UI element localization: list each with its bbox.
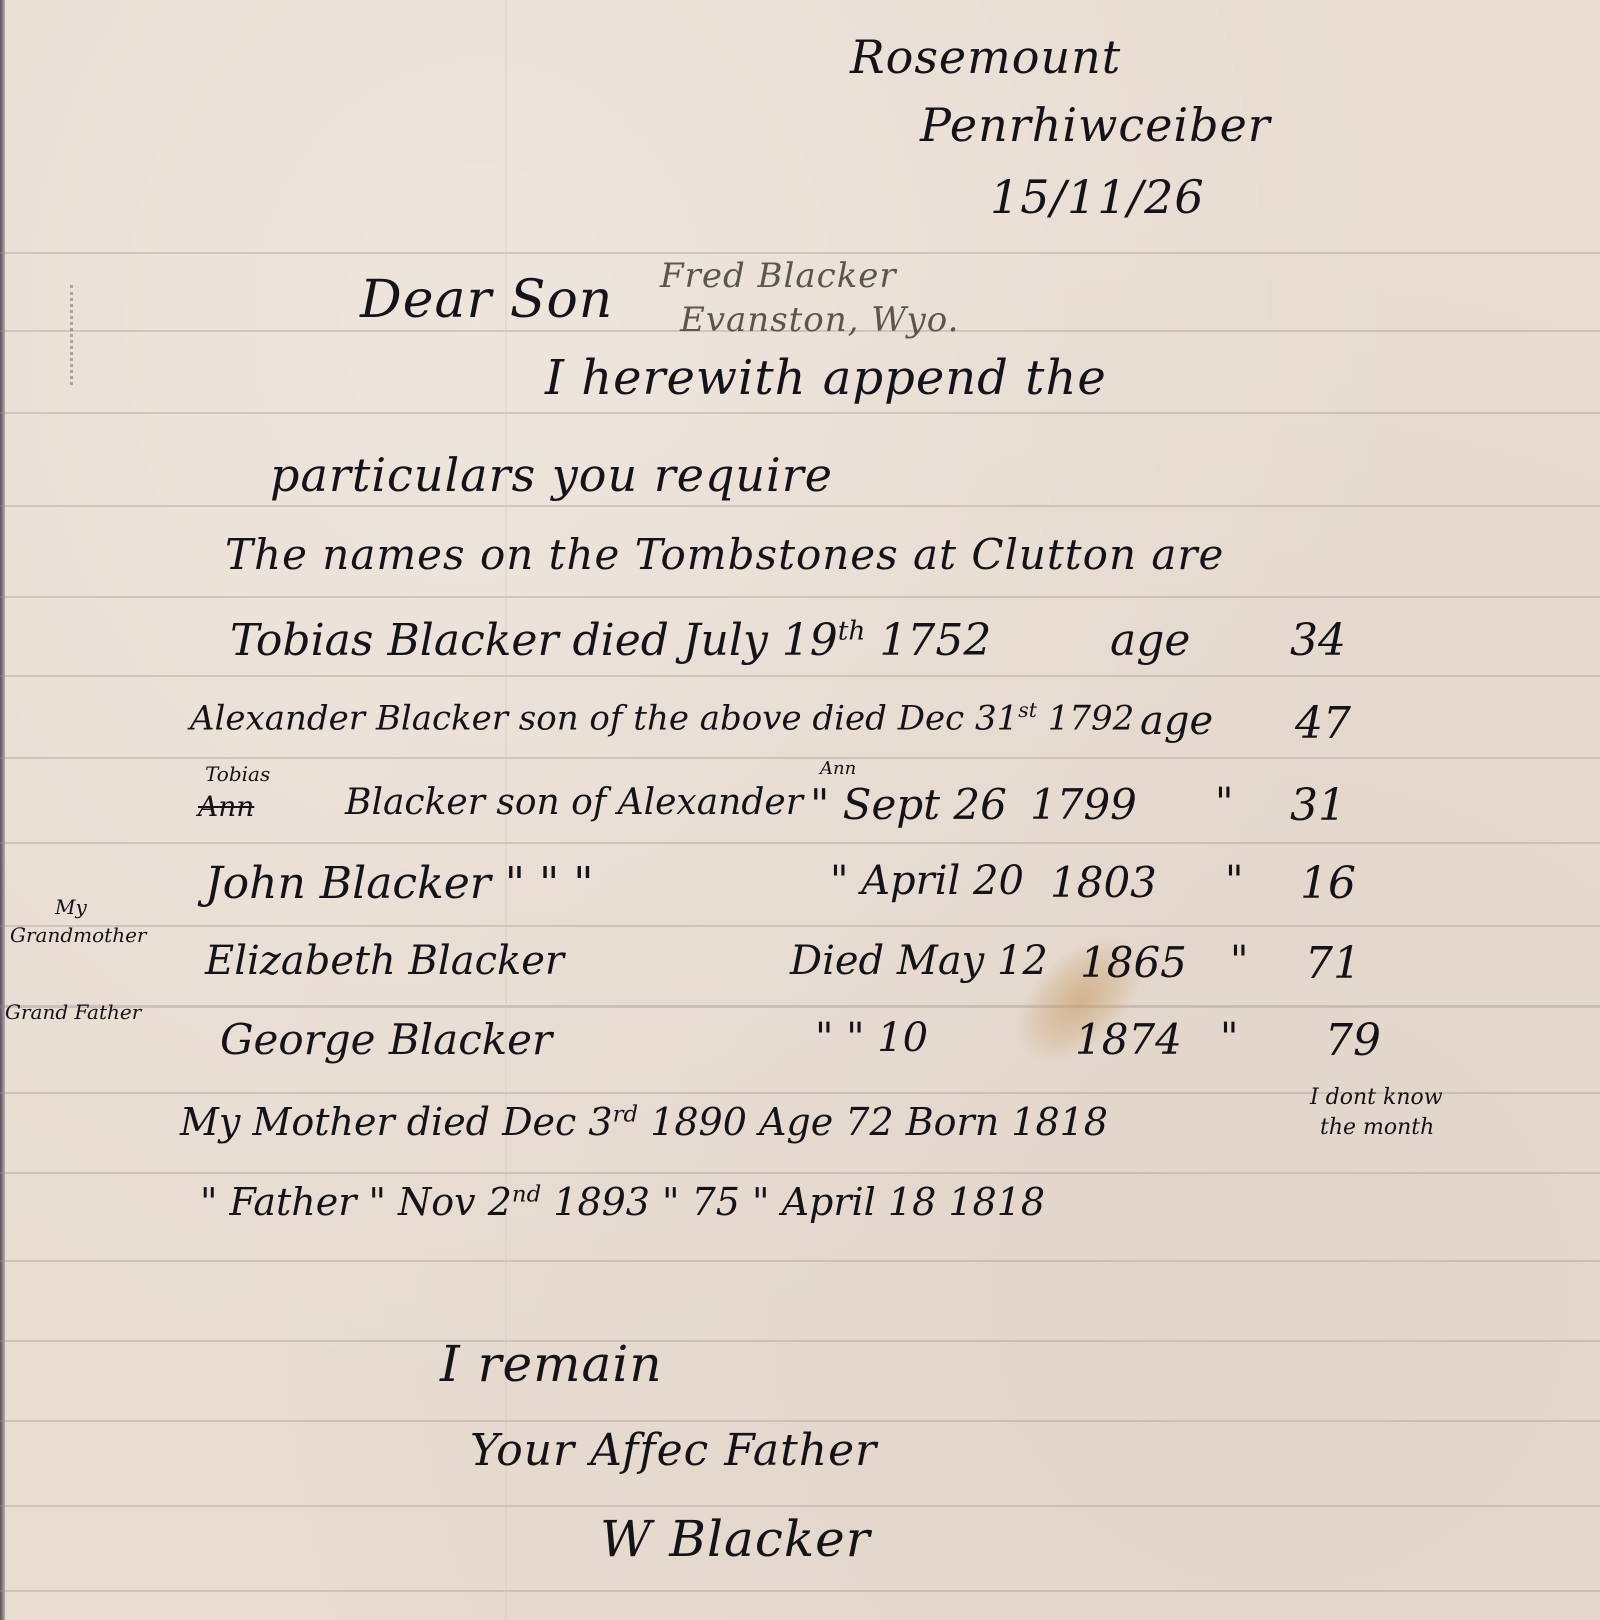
entry-age: 16 xyxy=(1300,858,1356,909)
inserted-name: Tobias xyxy=(205,762,270,786)
struck-name: Ann xyxy=(198,790,254,823)
signature: W Blacker xyxy=(600,1510,871,1568)
entry-year: 1803 xyxy=(1050,858,1157,907)
entry-name: Alexander Blacker son of the above died … xyxy=(190,698,1018,738)
addressee-location: Evanston, Wyo. xyxy=(680,300,959,340)
day-suffix: rd xyxy=(613,1101,639,1127)
closing-affection: Your Affec Father xyxy=(470,1425,877,1476)
entry-age: 71 xyxy=(1305,938,1361,989)
heading-date: 15/11/26 xyxy=(990,170,1205,224)
father-death: " Father " Nov 2 xyxy=(200,1180,512,1224)
father-line: " Father " Nov 2nd 1893 " 75 " April 18 … xyxy=(200,1180,1045,1224)
ruled-line xyxy=(0,1505,1600,1507)
margin-note-grandfather: Grand Father xyxy=(5,1000,141,1024)
age-label: " xyxy=(1225,858,1243,904)
month-note-line-1: I dont know xyxy=(1310,1085,1443,1110)
entry-name: Tobias Blacker died July 19 xyxy=(230,615,838,666)
entry-row: Tobias Blacker died July 19th 1752 xyxy=(230,615,991,666)
ruled-line xyxy=(0,925,1600,927)
ruled-line xyxy=(0,842,1600,844)
entry-row: Alexander Blacker son of the above died … xyxy=(190,698,1134,738)
ruled-line xyxy=(0,1590,1600,1592)
entry-name: George Blacker xyxy=(220,1015,552,1064)
entry-name: Blacker son of Alexander xyxy=(345,782,803,823)
ruled-line xyxy=(0,1420,1600,1422)
closing-line: I remain xyxy=(440,1335,663,1393)
ruled-line xyxy=(0,1172,1600,1174)
inserted-date-note: Ann xyxy=(820,758,856,779)
entry-age: 31 xyxy=(1290,780,1346,831)
margin-note-grandmother: Grandmother xyxy=(10,923,146,947)
addressee-name: Fred Blacker xyxy=(660,256,897,296)
ruled-line xyxy=(0,1340,1600,1342)
heading-town: Penrhiwceiber xyxy=(920,98,1271,152)
mother-line: My Mother died Dec 3rd 1890 Age 72 Born … xyxy=(180,1100,1108,1144)
age-label: " xyxy=(1220,1015,1238,1061)
salutation: Dear Son xyxy=(360,270,613,330)
age-label: age xyxy=(1140,698,1213,744)
entry-date: " Sept 26 xyxy=(810,780,1007,829)
mother-death: My Mother died Dec 3 xyxy=(180,1100,613,1144)
month-note-line-2: the month xyxy=(1320,1115,1434,1140)
entry-age: 79 xyxy=(1325,1015,1381,1066)
pin-holes xyxy=(70,285,103,385)
entry-year: 1874 xyxy=(1075,1015,1182,1064)
father-details: 1893 " 75 " April 18 1818 xyxy=(553,1180,1045,1224)
body-line-1: I herewith append the xyxy=(545,350,1107,406)
entry-year: 1792 xyxy=(1048,698,1135,738)
entry-name: John Blacker " " " xyxy=(205,858,593,909)
page-edge xyxy=(0,0,5,1620)
entry-date: " " 10 xyxy=(815,1015,928,1061)
fold-line xyxy=(0,1005,1600,1008)
entry-date: " April 20 xyxy=(830,858,1024,904)
age-label: " xyxy=(1215,780,1233,826)
margin-note-my: My xyxy=(55,895,87,919)
ruled-line xyxy=(0,252,1600,254)
ruled-line xyxy=(0,1260,1600,1262)
entry-date: Died May 12 xyxy=(790,938,1048,984)
body-line-2: particulars you require xyxy=(270,448,833,502)
body-line-3: The names on the Tombstones at Clutton a… xyxy=(225,530,1224,579)
entry-year: 1752 xyxy=(879,615,991,666)
ruled-line xyxy=(0,596,1600,598)
age-label: " xyxy=(1230,938,1248,984)
entry-age: 47 xyxy=(1295,698,1351,749)
entry-year: 1799 xyxy=(1030,780,1137,829)
age-label: age xyxy=(1110,615,1190,666)
ruled-line xyxy=(0,675,1600,677)
day-suffix: st xyxy=(1018,698,1037,722)
entry-age: 34 xyxy=(1290,615,1346,666)
day-suffix: th xyxy=(838,615,866,646)
entry-year: 1865 xyxy=(1080,938,1187,987)
mother-details: 1890 Age 72 Born 1818 xyxy=(650,1100,1108,1144)
ruled-line xyxy=(0,757,1600,759)
day-suffix: nd xyxy=(512,1181,541,1207)
ruled-line xyxy=(0,412,1600,414)
entry-name: Elizabeth Blacker xyxy=(205,938,564,984)
ruled-line xyxy=(0,505,1600,507)
heading-house: Rosemount xyxy=(850,30,1121,84)
letter-page: Rosemount Penrhiwceiber 15/11/26 Dear So… xyxy=(0,0,1600,1620)
